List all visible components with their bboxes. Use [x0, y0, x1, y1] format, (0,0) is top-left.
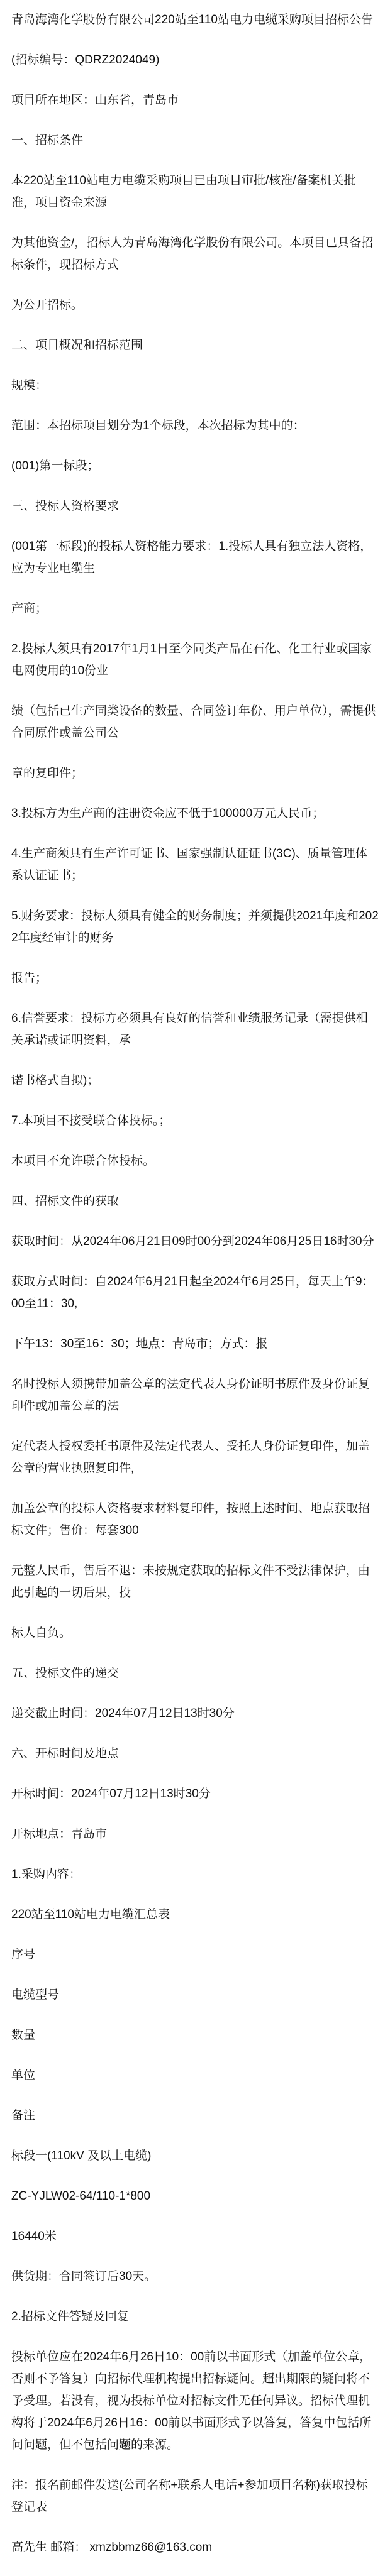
- table-header-seq: 序号: [11, 1944, 379, 1966]
- paragraph: 5.财务要求：投标人须具有健全的财务制度；并须提供2021年度和2022年度经审…: [11, 905, 379, 949]
- paragraph: 本220站至110站电力电缆采购项目已由项目审批/核准/备案机关批准，项目资金来…: [11, 170, 379, 214]
- paragraph: 递交截止时间：2024年07月12日13时30分: [11, 1702, 379, 1724]
- lot-name: 标段一(110kV 及以上电缆): [11, 2145, 379, 2167]
- paragraph: 绩（包括已生产同类设备的数量、合同签订年份、用户单位），需提供合同原件或盖公司公: [11, 700, 379, 744]
- table-header-unit: 单位: [11, 2064, 379, 2086]
- paragraph: (001第一标段)的投标人资格能力要求：1.投标人具有独立法人资格，应为专业电缆…: [11, 535, 379, 579]
- summary-table-title: 220站至110站电力电缆汇总表: [11, 1904, 379, 1926]
- paragraph: 元整人民币，售后不退：未按规定获取的招标文件不受法律保护，由此引起的一切后果，投: [11, 1560, 379, 1604]
- paragraph: 名时投标人须携带加盖公章的法定代表人身份证明书原件及身份证复印件或加盖公章的法: [11, 1373, 379, 1417]
- project-region-line: 项目所在地区：山东省，青岛市: [11, 89, 379, 111]
- contact-line: 高先生 邮箱： xmzbbmz66@163.com: [11, 2536, 379, 2558]
- table-header-model: 电缆型号: [11, 1984, 379, 2006]
- paragraph: 诺书格式自拟)；: [11, 1070, 379, 1092]
- paragraph: 1.采购内容：: [11, 1863, 379, 1885]
- cable-model: ZC-YJLW02-64/110-1*800: [11, 2185, 379, 2207]
- section-heading: 六、开标时间及地点: [11, 1743, 379, 1765]
- paragraph: 开标时间：2024年07月12日13时30分: [11, 1783, 379, 1805]
- tender-notice-document: 青岛海湾化学股份有限公司220站至110站电力电缆采购项目招标公告 (招标编号：…: [0, 0, 390, 2571]
- paragraph: 规模：: [11, 375, 379, 397]
- paragraph: 为其他资金/，招标人为青岛海湾化学股份有限公司。本项目已具备招标条件，现招标方式: [11, 232, 379, 276]
- paragraph: 2.招标文件答疑及回复: [11, 2306, 379, 2328]
- paragraph: 开标地点：青岛市: [11, 1823, 379, 1845]
- paragraph: 4.生产商须具有生产许可证书、国家强制认证证书(3C)、质量管理体系认证证书；: [11, 843, 379, 887]
- section-heading: 一、招标条件: [11, 129, 379, 151]
- section-heading: 二、项目概况和招标范围: [11, 334, 379, 356]
- paragraph: 定代表人授权委托书原件及法定代表人、受托人身份证复印件，加盖公章的营业执照复印件…: [11, 1435, 379, 1479]
- paragraph: 标人自负。: [11, 1622, 379, 1644]
- section-heading: 五、投标文件的递交: [11, 1662, 379, 1684]
- paragraph: 7.本项目不接受联合体投标。；: [11, 1110, 379, 1132]
- table-header-remark: 备注: [11, 2105, 379, 2127]
- paragraph: 获取时间：从2024年06月21日09时00分到2024年06月25日16时30…: [11, 1230, 379, 1252]
- paragraph: 供货期：合同签订后30天。: [11, 2266, 379, 2288]
- paragraph: (001)第一标段；: [11, 455, 379, 477]
- paragraph: 本项目不允许联合体投标。: [11, 1150, 379, 1172]
- paragraph: 报告；: [11, 967, 379, 989]
- paragraph: 范围：本招标项目划分为1个标段，本次招标为其中的：: [11, 415, 379, 437]
- paragraph: 加盖公章的投标人资格要求材料复印件，按照上述时间、地点获取招标文件；售价：每套3…: [11, 1498, 379, 1542]
- paragraph: 投标单位应在2024年6月26日10：00前以书面形式（加盖单位公章，否则不予答…: [11, 2346, 379, 2456]
- paragraph: 获取方式时间：自2024年6月21日起至2024年6月25日，每天上午9：00至…: [11, 1271, 379, 1315]
- cable-quantity: 16440米: [11, 2225, 379, 2247]
- paragraph: 章的复印件；: [11, 762, 379, 784]
- paragraph: 注：报名前邮件发送(公司名称+联系人电话+参加项目名称)获取投标登记表: [11, 2474, 379, 2518]
- bid-number-line: (招标编号：QDRZ2024049): [11, 49, 379, 71]
- table-header-qty: 数量: [11, 2024, 379, 2046]
- paragraph: 3.投标方为生产商的注册资金应不低于100000万元人民币；: [11, 803, 379, 825]
- section-heading: 四、招标文件的获取: [11, 1190, 379, 1212]
- paragraph: 6.信誉要求：投标方必须具有良好的信誉和业绩服务记录（需提供相关承诺或证明资料，…: [11, 1007, 379, 1051]
- paragraph: 为公开招标。: [11, 294, 379, 316]
- section-heading: 三、投标人资格要求: [11, 495, 379, 517]
- paragraph: 产商；: [11, 598, 379, 620]
- page-title: 青岛海湾化学股份有限公司220站至110站电力电缆采购项目招标公告: [11, 9, 379, 31]
- paragraph: 下午13：30至16：30；地点：青岛市；方式：报: [11, 1333, 379, 1355]
- paragraph: 2.投标人须具有2017年1月1日至今同类产品在石化、化工行业或国家电网使用的1…: [11, 638, 379, 682]
